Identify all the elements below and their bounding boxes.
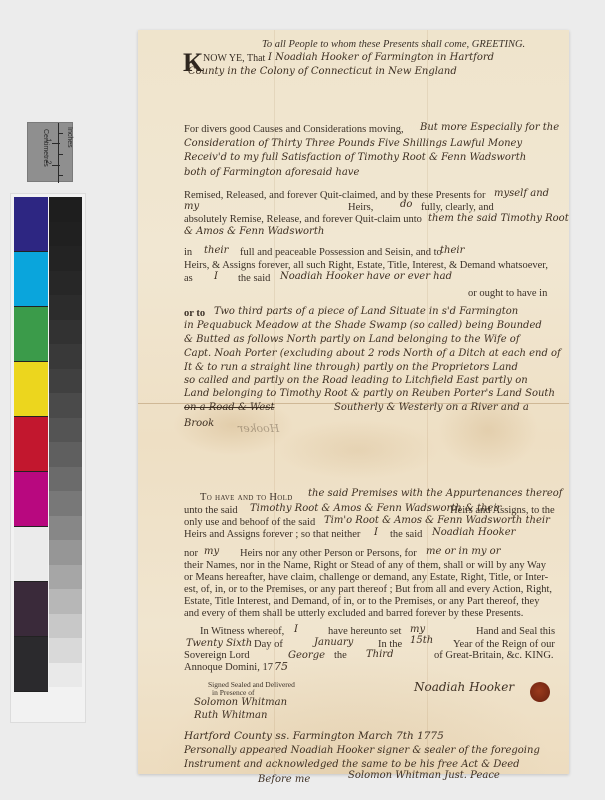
ruler-tick — [58, 175, 63, 176]
color-swatch — [14, 362, 48, 417]
scale-ruler: Centimetres Inches 1 2 — [27, 122, 73, 182]
gray-step — [49, 467, 82, 492]
gray-step — [49, 344, 82, 369]
the-said-handwriting: Noadiah Hooker have or ever had — [280, 271, 452, 282]
land-handwriting-8: Southerly & Westerly on a River and a — [334, 402, 529, 413]
clause-line-1: their Names, nor in the Name, Right or S… — [184, 560, 546, 571]
the-said-text: the said — [238, 273, 270, 284]
possession-handwriting: their — [440, 245, 464, 256]
causes-text: For divers good Causes and Consideration… — [184, 124, 404, 135]
witness-handwriting-1: I — [294, 624, 298, 635]
greeting-line: To all People to whom these Presents sha… — [262, 39, 525, 50]
annoque-text: Annoque Domini, 17 — [184, 662, 273, 673]
day-handwriting: Twenty Sixth — [186, 638, 252, 649]
nor-handwriting: my — [204, 546, 219, 557]
color-swatch — [14, 197, 48, 252]
day-text: Day of — [254, 639, 283, 650]
clause-line-2: or Means hereafter, have claim, challeng… — [184, 572, 548, 583]
land-handwriting-9: Brook — [184, 418, 214, 429]
consideration-handwriting-1: Consideration of Thirty Three Pounds Fiv… — [184, 138, 522, 149]
presence-of-text: in Presence of — [212, 688, 254, 697]
land-handwriting-7: Land belonging to Timothy Root & partly … — [184, 388, 555, 399]
grayscale-steps — [49, 197, 82, 712]
unto-handwriting-1: them the said Timothy Root — [428, 213, 569, 224]
color-swatch — [14, 527, 48, 582]
witness-signature-1: Solomon Whitman — [194, 697, 287, 708]
witness-signature-2: Ruth Whitman — [194, 710, 267, 721]
clause-line-5: and every of them shall be utterly exclu… — [184, 608, 523, 619]
my-handwriting: my — [184, 201, 199, 212]
witness-text-1: In Witness whereof, — [200, 626, 284, 637]
or-to-text: or to — [184, 308, 205, 319]
gray-step — [49, 540, 82, 565]
king-ordinal-handwriting: Third — [366, 649, 394, 660]
consideration-handwriting-2: Receiv'd to my full Satisfaction of Timo… — [184, 152, 526, 163]
only-use-text: only use and behoof of the said — [184, 517, 315, 528]
ruler-mark-2: 2 — [44, 161, 51, 165]
color-swatch — [14, 472, 48, 527]
witness-text-2: have hereunto set — [328, 626, 401, 637]
grantor-signature: Noadiah Hooker — [414, 680, 514, 694]
gray-step — [49, 638, 82, 663]
gray-step — [49, 222, 82, 247]
deed-document: To all People to whom these Presents sha… — [138, 30, 569, 774]
as-handwriting: I — [214, 271, 218, 282]
land-handwriting-3: & Butted as follows North partly on Land… — [184, 334, 520, 345]
clause-line-3: est, of, in, or to the Premises, or any … — [184, 584, 552, 595]
annoque-handwriting: 75 — [274, 660, 288, 673]
grantor-handwriting-2: County in the Colony of Connecticut in N… — [188, 66, 457, 77]
color-swatch — [14, 307, 48, 362]
remised-text: Remised, Released, and forever Quit-clai… — [184, 190, 486, 201]
absolutely-text: absolutely Remise, Release, and forever … — [184, 214, 422, 225]
witness-text-3: Hand and Seal this — [476, 626, 555, 637]
color-swatch — [14, 582, 48, 637]
land-handwriting-4: Capt. Noah Porter (excluding about 2 rod… — [184, 348, 561, 359]
gray-step — [49, 565, 82, 590]
know-ye-text: NOW YE, That — [203, 53, 265, 64]
acknowledgment-line-3: Instrument and acknowledged the same to … — [184, 759, 520, 770]
gray-step — [49, 589, 82, 614]
the-text: the — [334, 650, 347, 661]
remised-handwriting: myself and — [494, 188, 549, 199]
heirs-handwriting: do — [400, 199, 412, 210]
heirs-assigns-text: Heirs, & Assigns forever, all such Right… — [184, 260, 548, 271]
unto-handwriting-2: & Amos & Fenn Wadsworth — [184, 226, 324, 237]
wax-seal — [530, 682, 550, 702]
gray-step — [49, 295, 82, 320]
ruler-mark-1: 1 — [44, 139, 51, 143]
color-swatches — [14, 197, 48, 692]
nor-text: nor — [184, 548, 198, 559]
acknowledgment-line-2: Personally appeared Noadiah Hooker signe… — [184, 745, 540, 756]
regnal-year-handwriting: 15th — [410, 635, 433, 646]
great-britain-text: of Great-Britain, &c. KING. — [434, 650, 554, 661]
justice-signature: Solomon Whitman Just. Peace — [348, 770, 500, 781]
ruler-tick — [52, 143, 60, 144]
king-name-handwriting: George — [288, 650, 325, 661]
ruler-axis — [58, 123, 59, 183]
ruler-tick — [58, 133, 63, 134]
offset-ink-ghost: Hooker — [238, 422, 279, 435]
color-swatch — [14, 417, 48, 472]
land-handwriting-1: Two third parts of a piece of Land Situa… — [214, 306, 518, 317]
grantor-handwriting-1: I Noadiah Hooker of Farmington in Hartfo… — [268, 52, 494, 63]
gray-step — [49, 246, 82, 271]
gray-step — [49, 369, 82, 394]
gray-step — [49, 687, 82, 712]
gray-step — [49, 418, 82, 443]
land-handwriting-struck: on a Road & West — [184, 402, 274, 413]
nor-rest-text: Heirs nor any other Person or Persons, f… — [240, 548, 417, 559]
neither-text: Heirs and Assigns forever ; so that neit… — [184, 529, 360, 540]
color-checker-strip — [10, 193, 86, 723]
acknowledgment-line-1: Hartford County ss. Farmington March 7th… — [184, 730, 444, 742]
neither-handwriting-1: I — [374, 527, 378, 538]
color-swatch — [14, 252, 48, 307]
gray-step — [49, 663, 82, 688]
ruler-label-inches: Inches — [66, 127, 73, 148]
gray-step — [49, 393, 82, 418]
year-reign-text: Year of the Reign of our — [453, 639, 555, 650]
land-handwriting-6: so called and partly on the Road leading… — [184, 375, 528, 386]
ruler-tick — [52, 165, 60, 166]
nor-rest-handwriting: me or in my or — [426, 546, 501, 557]
gray-step — [49, 442, 82, 467]
unto-said-text: unto the said — [184, 505, 238, 516]
in-text: in — [184, 247, 192, 258]
gray-step — [49, 197, 82, 222]
gray-step — [49, 516, 82, 541]
fully-text: fully, clearly, and — [421, 202, 494, 213]
habendum-handwriting: the said Premises with the Appurtenances… — [308, 488, 563, 499]
ruler-tick — [58, 154, 63, 155]
land-handwriting-2: in Pequabuck Meadow at the Shade Swamp (… — [184, 320, 542, 331]
heirs-text: Heirs, — [348, 202, 373, 213]
month-handwriting: January — [314, 637, 353, 648]
witness-handwriting-2: my — [410, 624, 425, 635]
color-swatch — [14, 637, 48, 692]
possession-text: full and peaceable Possession and Seisin… — [240, 247, 442, 258]
causes-handwriting: But more Especially for the — [420, 122, 559, 133]
gray-step — [49, 271, 82, 296]
clause-line-4: Estate, Title Interest, and Demand, of i… — [184, 596, 539, 607]
acknowledgment-before-me: Before me — [258, 774, 310, 785]
habendum-text: To have and to Hold — [200, 492, 293, 503]
gray-step — [49, 491, 82, 516]
sovereign-text: Sovereign Lord — [184, 650, 250, 661]
land-handwriting-5: It & to run a straight line through) par… — [184, 362, 518, 373]
neither-handwriting-2: Noadiah Hooker — [432, 527, 515, 538]
consideration-handwriting-3: both of Farmington aforesaid have — [184, 167, 359, 178]
as-text: as — [184, 273, 193, 284]
in-handwriting: their — [204, 245, 228, 256]
gray-step — [49, 320, 82, 345]
ought-text: or ought to have in — [468, 288, 547, 299]
the-said-text-2: the said — [390, 529, 422, 540]
only-use-handwriting: Tim'o Root & Amos & Fenn Wadsworth their — [324, 515, 550, 526]
gray-step — [49, 614, 82, 639]
